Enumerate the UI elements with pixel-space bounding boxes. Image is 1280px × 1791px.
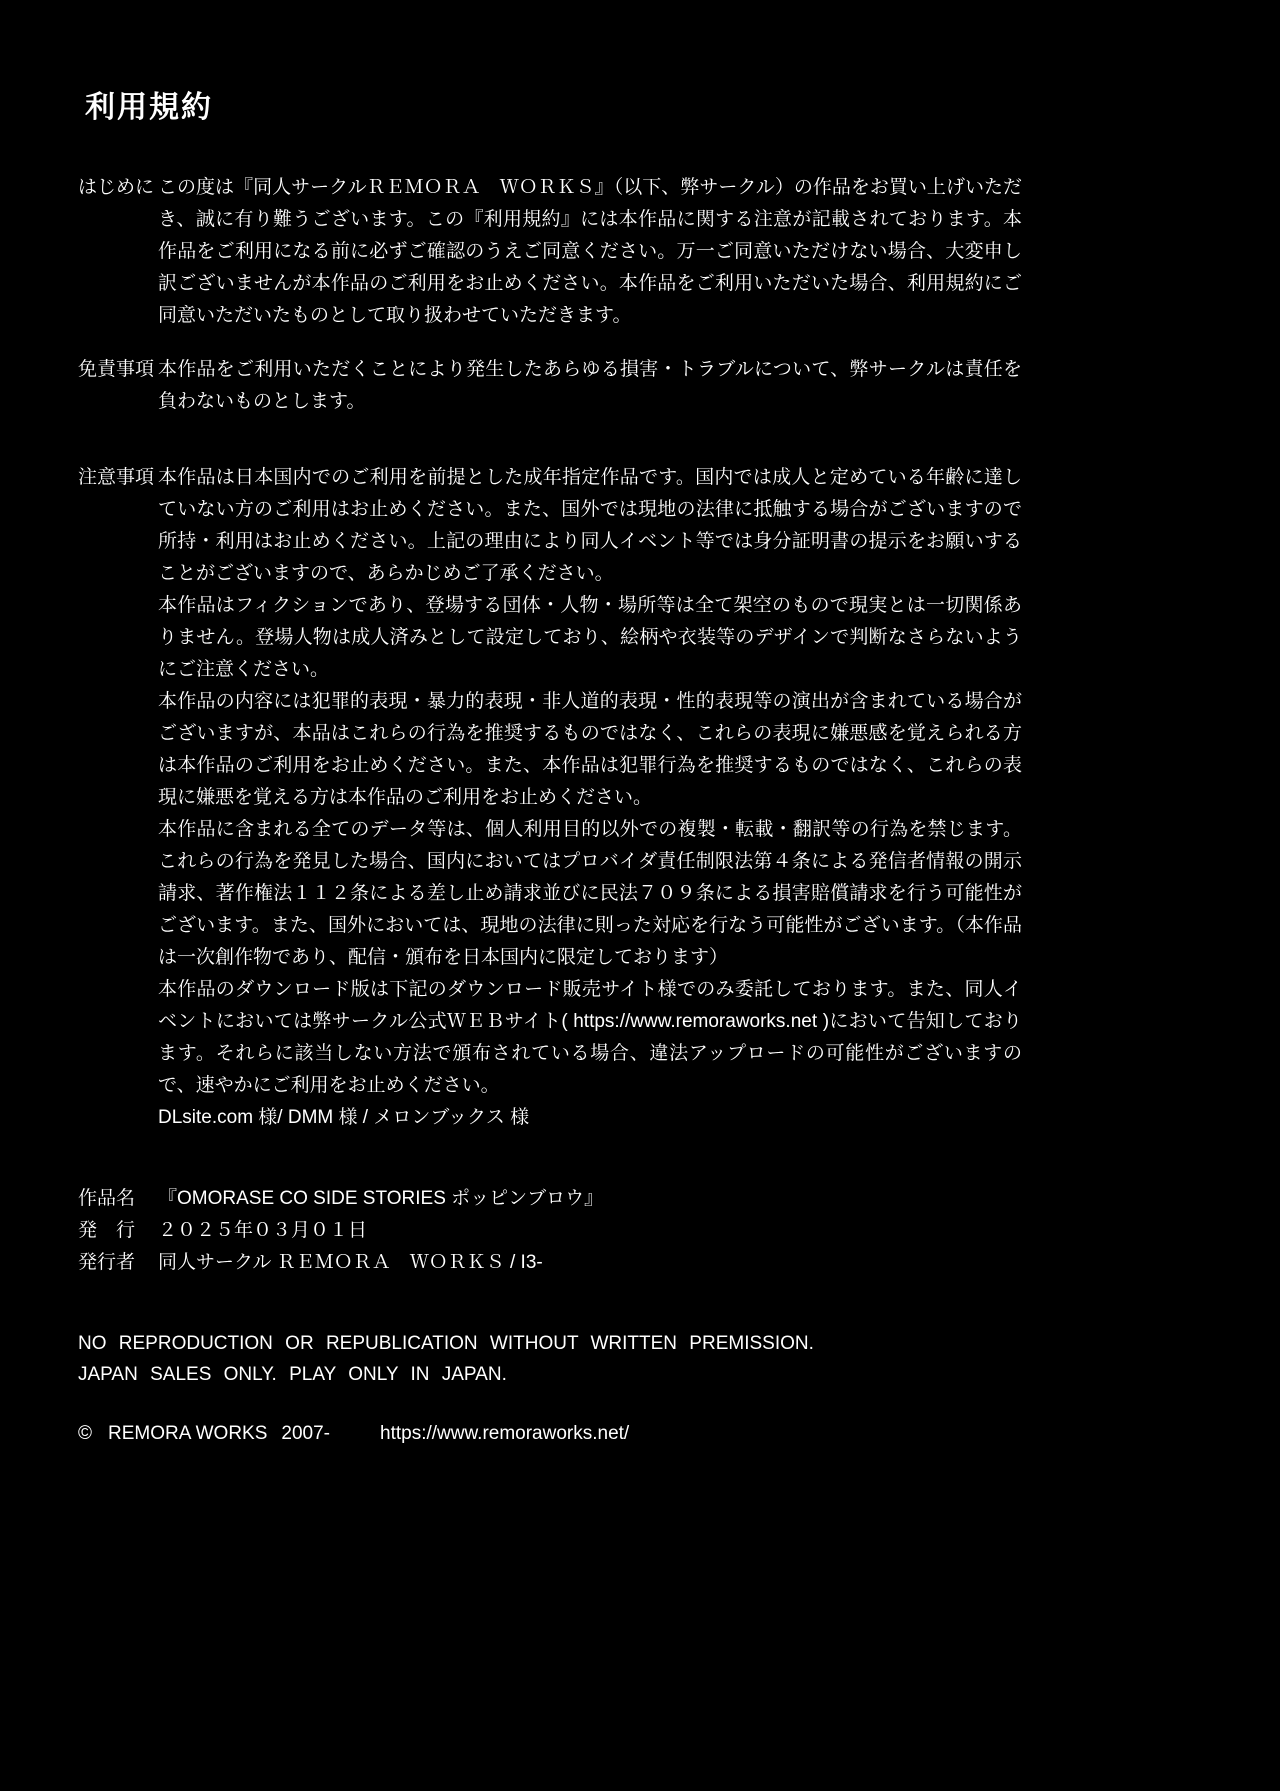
paragraph-expressions: 本作品の内容には犯罪的表現・暴力的表現・非人道的表現・性的表現等の演出が含まれて… <box>158 686 1022 814</box>
section-intro: はじめに この度は『同人サークルＲＥＭＯＲＡ ＷＯＲＫＳ』（以下、弊サークル）の… <box>78 172 1024 332</box>
terms-page: 利用規約 はじめに この度は『同人サークルＲＥＭＯＲＡ ＷＯＲＫＳ』（以下、弊サ… <box>0 0 1280 1791</box>
section-disclaimer: 免責事項 本作品をご利用いただくことにより発生したあらゆる損害・トラブルについて… <box>78 354 1024 418</box>
publisher-value: 同人サークル ＲＥＭＯＲＡ ＷＯＲＫＳ / I3- <box>158 1247 543 1279</box>
footer-japan-only: JAPAN SALES ONLY. PLAY ONLY IN JAPAN. <box>78 1359 1024 1390</box>
colophon: 作品名 『OMORASE CO SIDE STORIES ポッピンブロウ』 発 … <box>78 1183 1024 1279</box>
copyright-line: © REMORA WORKS 2007- https://www.remoraw… <box>78 1418 1024 1449</box>
paragraph-shops: DLsite.com 様/ DMM 様 / メロンブックス 様 <box>158 1102 1022 1134</box>
section-notes-label: 注意事項 <box>78 462 158 494</box>
paragraph-copyright: 本作品に含まれる全てのデータ等は、個人利用目的以外での複製・転載・翻訳等の行為を… <box>158 814 1022 974</box>
copyright-url: https://www.remoraworks.net/ <box>380 1418 629 1449</box>
section-disclaimer-label: 免責事項 <box>78 354 158 386</box>
colophon-row-title: 作品名 『OMORASE CO SIDE STORIES ポッピンブロウ』 <box>78 1183 1024 1215</box>
section-intro-label: はじめに <box>78 172 158 204</box>
copyright-icon: © <box>78 1418 92 1449</box>
section-intro-body: この度は『同人サークルＲＥＭＯＲＡ ＷＯＲＫＳ』（以下、弊サークル）の作品をお買… <box>158 172 1022 332</box>
paragraph: この度は『同人サークルＲＥＭＯＲＡ ＷＯＲＫＳ』（以下、弊サークル）の作品をお買… <box>158 172 1022 332</box>
publisher-label: 発行者 <box>78 1247 158 1279</box>
copyright-circle-name: REMORA WORKS <box>108 1418 267 1449</box>
page-title: 利用規約 <box>85 88 1024 128</box>
footer: NO REPRODUCTION OR REPUBLICATION WITHOUT… <box>78 1328 1024 1449</box>
footer-no-reproduction: NO REPRODUCTION OR REPUBLICATION WITHOUT… <box>78 1328 1024 1359</box>
section-notes: 注意事項 本作品は日本国内でのご利用を前提とした成年指定作品です。国内では成人と… <box>78 462 1024 1134</box>
terms-content: 利用規約 はじめに この度は『同人サークルＲＥＭＯＲＡ ＷＯＲＫＳ』（以下、弊サ… <box>0 0 1024 1449</box>
work-title-label: 作品名 <box>78 1183 158 1215</box>
section-notes-body: 本作品は日本国内でのご利用を前提とした成年指定作品です。国内では成人と定めている… <box>158 462 1022 1134</box>
section-disclaimer-body: 本作品をご利用いただくことにより発生したあらゆる損害・トラブルについて、弊サーク… <box>158 354 1022 418</box>
publish-date-label: 発 行 <box>78 1215 158 1247</box>
copyright-year: 2007- <box>281 1418 330 1449</box>
colophon-row-publisher: 発行者 同人サークル ＲＥＭＯＲＡ ＷＯＲＫＳ / I3- <box>78 1247 1024 1279</box>
paragraph-download: 本作品のダウンロード版は下記のダウンロード販売サイト様でのみ委託しております。ま… <box>158 974 1022 1102</box>
publish-date-value: ２０２５年０３月０１日 <box>158 1215 367 1247</box>
paragraph-age-restriction: 本作品は日本国内でのご利用を前提とした成年指定作品です。国内では成人と定めている… <box>158 462 1022 590</box>
paragraph-fiction: 本作品はフィクションであり、登場する団体・人物・場所等は全て架空のもので現実とは… <box>158 590 1022 686</box>
work-title-value: 『OMORASE CO SIDE STORIES ポッピンブロウ』 <box>158 1183 603 1215</box>
colophon-row-date: 発 行 ２０２５年０３月０１日 <box>78 1215 1024 1247</box>
paragraph: 本作品をご利用いただくことにより発生したあらゆる損害・トラブルについて、弊サーク… <box>158 354 1022 418</box>
